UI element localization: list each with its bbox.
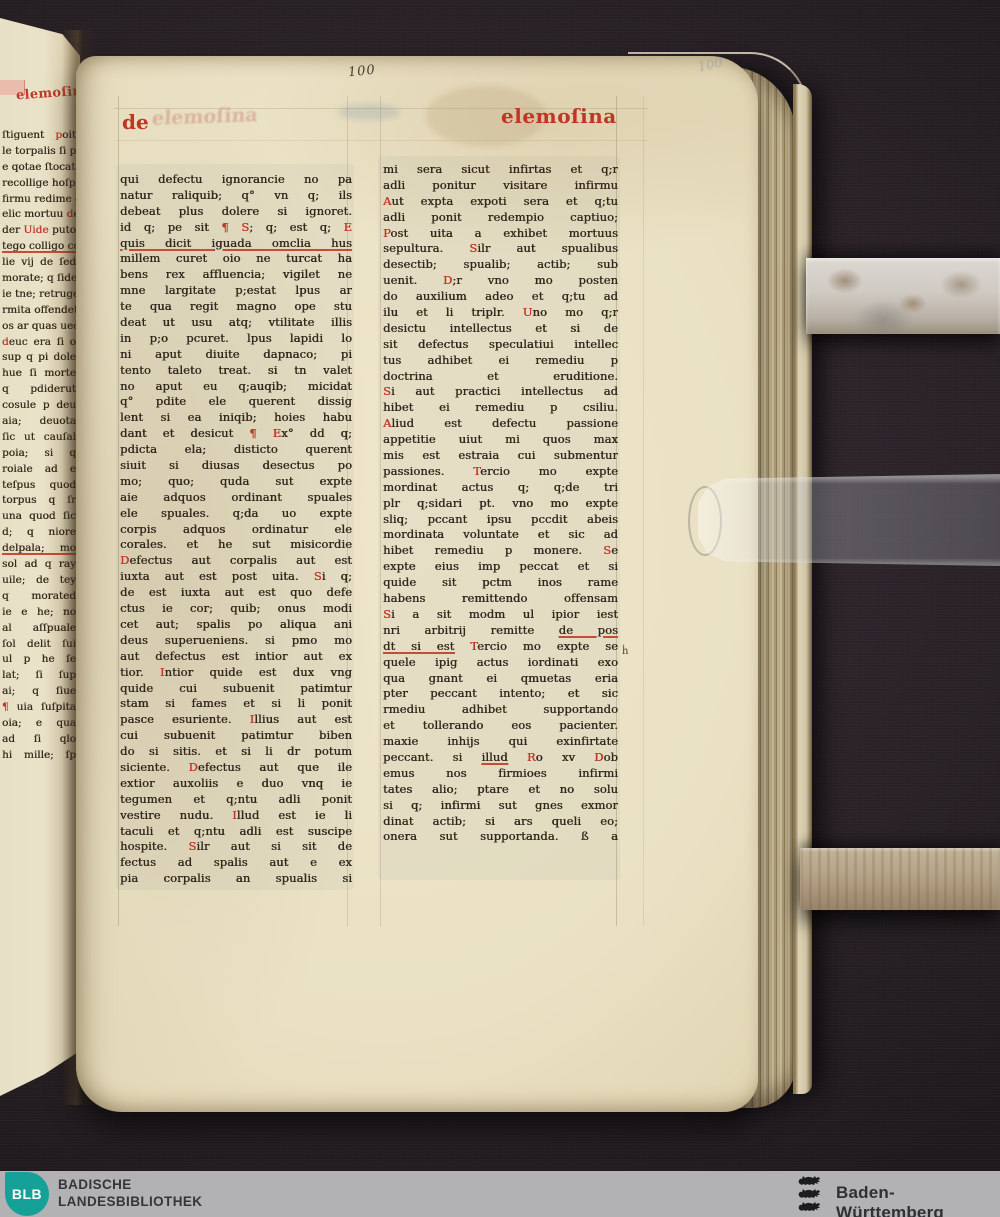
text-line: mordinata voluntate et sic ad (383, 527, 618, 543)
ink-text: aie adquos ordinant spuales (120, 490, 352, 504)
ink-text: adli ponitur visitare infirmu (383, 178, 618, 192)
text-line: quide cui subuenit patimtur (120, 681, 352, 697)
ink-text: sepultura. (383, 241, 469, 255)
ink-text: no mo q;r (532, 305, 618, 319)
ink-text: si q; infirmi sut gnes exmor (383, 798, 618, 812)
clasp-strap-bottom (800, 848, 1000, 910)
ink-text: iuxta aut est post uita. (120, 569, 314, 583)
text-line: onera sut supportanda. ß a (383, 829, 618, 845)
red-underlined-text: quis dicit iguada omclia hus (120, 236, 352, 250)
baden-wuerttemberg-coat-of-arms-icon (796, 1174, 828, 1214)
rubric-text: E (343, 220, 352, 234)
ink-text: tior. (120, 665, 160, 679)
ruling-line (114, 140, 648, 141)
ink-text: elic mortuu (2, 208, 67, 220)
text-line: pasce esuriente. Illius aut est (120, 712, 352, 728)
rubric-text: ¶ (221, 220, 228, 234)
ink-text: siciente. (120, 760, 188, 774)
text-line: si q; infirmi sut gnes exmor (383, 798, 618, 814)
ink-text: tegumen et q;ntu adli ponit (120, 792, 352, 806)
ink-text: ut expta expoti sera et q;tu (391, 194, 618, 208)
rubric-text: S (469, 241, 477, 255)
ink-text: deus superueniens. si pmo mo (120, 633, 352, 647)
text-line: do si sitis. et si li dr potum (120, 744, 352, 760)
text-line: sit defectus speculatiui intellec (383, 337, 618, 353)
ink-text: de est iuxta aut est quo defe (120, 585, 352, 599)
ink-text: ctus ie cor; quib; onus modi (120, 601, 352, 615)
ink-text: pasce esuriente. (120, 712, 250, 726)
margin-note: ḣ (622, 646, 628, 657)
library-name-line2: LANDESBIBLIOTHEK (58, 1194, 202, 1211)
library-name: BADISCHE LANDESBIBLIOTHEK (58, 1177, 202, 1210)
ink-text (257, 426, 273, 440)
text-line: ilu et li triplr. Uno mo q;r (383, 305, 618, 321)
text-line: expte eius imp peccat et si (383, 559, 618, 575)
ink-text: quide cui subuenit patimtur (120, 681, 352, 695)
text-line: et tollerando eos pacienter. (383, 718, 618, 734)
ink-text: ni aput diuite dapnaco; pi (120, 347, 352, 361)
rubric-text: D (594, 750, 603, 764)
text-line: id q; pe sit ¶ S; q; est q; E (120, 220, 352, 236)
text-line: hibet ei remediu p csiliu. (383, 400, 618, 416)
ink-text: passiones. (383, 464, 473, 478)
text-line: vestire nudu. Illud est ie li (120, 808, 352, 824)
ink-text: ob (604, 750, 619, 764)
ink-text: ſtiguent (2, 129, 55, 141)
ink-text: mordinata voluntate et sic ad (383, 527, 618, 541)
red-underlined-text: dt si est (383, 639, 454, 653)
folio-number-ink: 100 (347, 63, 376, 81)
text-line: corpis adquos ordinatur ele (120, 522, 352, 538)
ink-text: ;r vno mo posten (452, 273, 618, 287)
text-line: quis dicit iguada omclia hus (120, 236, 352, 252)
ink-text: aut defectus est intior aut ex (120, 649, 352, 663)
ink-text: ercio mo expte (480, 464, 618, 478)
running-header-de: de (122, 110, 149, 134)
text-line: mne largitate p;estat lpus ar (120, 283, 352, 299)
blb-logo-text: BLB (12, 1186, 42, 1202)
text-line: do auxilium adeo et q;tu ad (383, 289, 618, 305)
ink-text: rmediu adhibet supportando (383, 702, 618, 716)
text-line: dt si est Tercio mo expte se (383, 639, 618, 655)
text-line: appetitie uiut mi quos max (383, 432, 618, 448)
rubric-text: R (527, 750, 536, 764)
text-line: in p;o pcuret. lpus lapidi lo (120, 331, 352, 347)
ink-text: efectus aut corpalis aut est (129, 553, 352, 567)
ink-text: uenit. (383, 273, 443, 287)
ink-text: maxie inhijs qui exinfirtate (383, 734, 618, 748)
text-line: siuit si diusas desectus po (120, 458, 352, 474)
left-column: qui defectu ignorancie no panatur raliqu… (120, 172, 352, 887)
text-line: uenit. D;r vno mo posten (383, 273, 618, 289)
rubric-text: D (120, 553, 129, 567)
text-line: pdicta ela; disticto querent (120, 442, 352, 458)
text-line: no aput eu q;auqib; micidat (120, 379, 352, 395)
text-line: q° pdite ele querent dissig (120, 394, 352, 410)
rubric-text: ¶ (249, 426, 256, 440)
text-line: rmediu adhibet supportando (383, 702, 618, 718)
text-line: dinat actib; si ars queli eo; (383, 814, 618, 830)
text-line: aut defectus est intior aut ex (120, 649, 352, 665)
ink-text: ilr aut si sit de (196, 839, 352, 853)
ink-text: habens remittendo offensam (383, 591, 618, 605)
ink-text: deat ut usu atq; vtilitate illis (120, 315, 352, 329)
ink-text: ilr aut spualibus (477, 241, 618, 255)
rubric-text: S (383, 607, 391, 621)
rubric-text: d (2, 336, 9, 348)
text-line: deat ut usu atq; vtilitate illis (120, 315, 352, 331)
ink-text: cet aut; spalis po aliqua ani (120, 617, 352, 631)
text-line: bens rex affluencia; vigilet ne (120, 267, 352, 283)
red-underlined-text: illud (481, 750, 507, 764)
text-line (383, 861, 618, 877)
ink-text: desictu intellectus et si de (383, 321, 618, 335)
text-line: desectib; spualib; actib; sub (383, 257, 618, 273)
text-line: tento taleto treat. si tn valet (120, 363, 352, 379)
ink-text: tento taleto treat. si tn valet (120, 363, 352, 377)
ink-text: ntior quide est dux vng (165, 665, 352, 679)
text-line: passiones. Tercio mo expte (383, 464, 618, 480)
ink-text: sliq; pccant ipsu pccdit abeis (383, 512, 618, 526)
text-line: sliq; pccant ipsu pccdit abeis (383, 512, 618, 528)
ink-text: siuit si diusas desectus po (120, 458, 352, 472)
ink-text: dant et desicut (120, 426, 249, 440)
text-line: deus superueniens. si pmo mo (120, 633, 352, 649)
ink-text: id q; pe sit (120, 220, 221, 234)
text-line: Post uita a exhibet mortuus (383, 226, 618, 242)
text-line: millem curet oio ne turcat ha (120, 251, 352, 267)
ink-text: efectus aut que ile (198, 760, 352, 774)
text-line: desictu intellectus et si de (383, 321, 618, 337)
ink-text: ercio mo expte se (477, 639, 618, 653)
text-line: debeat plus dolere si ignoret. (120, 204, 352, 220)
text-line: Defectus aut corpalis aut est (120, 553, 352, 569)
text-line: stam si fames et si li ponit (120, 696, 352, 712)
text-line: quide sit pctm inos rame (383, 575, 618, 591)
ink-text: onera sut supportanda. ß a (383, 829, 618, 843)
rubric-text: D (188, 760, 197, 774)
ink-text: adli ponit redempio captiuo; (383, 210, 618, 224)
text-line: de est iuxta aut est quo defe (120, 585, 352, 601)
ink-text: quele ipig actus iordinati exo (383, 655, 618, 669)
ink-text: fectus ad spalis aut e ex (120, 855, 352, 869)
red-underlined-text: de pos (559, 623, 618, 637)
text-line: Aut expta expoti sera et q;tu (383, 194, 618, 210)
text-line: qua gnant ei qmuetas eria (383, 671, 618, 687)
text-line: plr q;sidari pt. vno mo expte (383, 496, 618, 512)
ink-text: i a sit modm ul ipior iest (391, 607, 618, 621)
text-line: aie adquos ordinant spuales (120, 490, 352, 506)
ink-text: llius aut est (254, 712, 352, 726)
ink-text: corpis adquos ordinatur ele (120, 522, 352, 536)
text-line: hospite. Silr aut si sit de (120, 839, 352, 855)
rubric-text: D (443, 273, 452, 287)
ruling-line (643, 96, 644, 926)
ink-text: hibet ei remediu p csiliu. (383, 400, 618, 414)
text-line: hibet remediu p monere. Se (383, 543, 618, 559)
text-line: adli ponitur visitare infirmu (383, 178, 618, 194)
rubric-text: S (241, 220, 249, 234)
ink-text: mi sera sicut infirtas et q;r (383, 162, 618, 176)
text-line: iuxta aut est post uita. Si q; (120, 569, 352, 585)
text-line: tior. Intior quide est dux vng (120, 665, 352, 681)
text-line: tus adhibet ei remediu p (383, 353, 618, 369)
ink-text: nri arbitrij remitte (383, 623, 559, 637)
text-line: doctrina et eruditione. (383, 369, 618, 385)
ink-text: desectib; spualib; actib; sub (383, 257, 618, 271)
text-line: tates alio; ptare et no solu (383, 782, 618, 798)
ink-text: in p;o pcuret. lpus lapidi lo (120, 331, 352, 345)
text-line: pter peccant intento; et sic (383, 686, 618, 702)
ink-text: mis est estraia cui submentur (383, 448, 618, 462)
text-line: Si aut practici intellectus ad (383, 384, 618, 400)
text-line: cui subuenit patimtur biben (120, 728, 352, 744)
state-name: Baden-Württemberg (836, 1183, 1000, 1217)
ink-text: i aut practici intellectus ad (391, 384, 618, 398)
ink-text: ost uita a exhibet mortuus (390, 226, 618, 240)
clasp-strap-top (806, 258, 1000, 334)
text-line: nri arbitrij remitte de pos (383, 623, 618, 639)
text-line: ele spuales. q;da uo expte (120, 506, 352, 522)
ink-text (508, 750, 527, 764)
ink-text: quide sit pctm inos rame (383, 575, 618, 589)
ink-text: bens rex affluencia; vigilet ne (120, 267, 352, 281)
ink-text: extior auxoliis e duo vnq ie (120, 776, 352, 790)
text-line: te qua regit magno ope stu (120, 299, 352, 315)
rubric-text: S (314, 569, 322, 583)
ink-text: llud est ie li (237, 808, 352, 822)
text-line: sepultura. Silr aut spualibus (383, 241, 618, 257)
text-line: corales. et he sut misicordie (120, 537, 352, 553)
ink-text: et tollerando eos pacienter. (383, 718, 618, 732)
ink-text: e (611, 543, 618, 557)
ink-text: ; q; est q; (249, 220, 343, 234)
ink-text: stam si fames et si li ponit (120, 696, 352, 710)
ink-text: peccant. si (383, 750, 481, 764)
ink-text: liud est defectu passione (391, 416, 618, 430)
ink-text: hospite. (120, 839, 188, 853)
text-line: lent si ea iniqib; hoies habu (120, 410, 352, 426)
text-line: adli ponit redempio captiuo; (383, 210, 618, 226)
ink-text: doctrina et eruditione. (383, 369, 618, 383)
ink-text: sit defectus speculatiui intellec (383, 337, 618, 351)
ink-text: o xv (536, 750, 595, 764)
rubric-text: T (473, 464, 480, 478)
blue-smudge (338, 104, 400, 120)
rubric-text: ¶ (2, 701, 9, 713)
ink-text: tates alio; ptare et no solu (383, 782, 618, 796)
text-line: siciente. Defectus aut que ile (120, 760, 352, 776)
text-line: Aliud est defectu passione (383, 416, 618, 432)
ink-text: q° pdite ele querent dissig (120, 394, 352, 408)
ink-text: ele spuales. q;da uo expte (120, 506, 352, 520)
library-footer-bar: BLB BADISCHE LANDESBIBLIOTHEK Baden-Würt… (0, 1171, 1000, 1217)
ink-text: qua gnant ei qmuetas eria (383, 671, 618, 685)
ink-text: do si sitis. et si li dr potum (120, 744, 352, 758)
library-name-line1: BADISCHE (58, 1177, 202, 1194)
ink-text (229, 220, 241, 234)
running-header-elemosina: elemoſina (501, 104, 617, 128)
ink-text: millem curet oio ne turcat ha (120, 251, 352, 265)
ink-text: cui subuenit patimtur biben (120, 728, 352, 742)
text-line: extior auxoliis e duo vnq ie (120, 776, 352, 792)
ink-text: mo; quo; quda sut expte (120, 474, 352, 488)
ink-text: debeat plus dolere si ignoret. (120, 204, 352, 218)
text-line: ni aput diuite dapnaco; pi (120, 347, 352, 363)
ink-text: lent si ea iniqib; hoies habu (120, 410, 352, 424)
running-header-ghost: elemoſina (151, 104, 258, 130)
ink-text: pdicta ela; disticto querent (120, 442, 352, 456)
ink-text: ilu et li triplr. (383, 305, 523, 319)
ink-text: x° dd q; (281, 426, 352, 440)
three-lions-icon (796, 1174, 828, 1214)
text-line: Si a sit modm ul ipior iest (383, 607, 618, 623)
ink-text: emus nos firmioes infirmi (383, 766, 618, 780)
text-line: mordinat actus q; q;de tri (383, 480, 618, 496)
ink-text: te qua regit magno ope stu (120, 299, 352, 313)
text-line: quele ipig actus iordinati exo (383, 655, 618, 671)
text-line: ctus ie cor; quib; onus modi (120, 601, 352, 617)
rubric-text: Uide (23, 224, 48, 236)
ink-text: pia corpalis an spualis si (120, 871, 352, 885)
ink-text: vestire nudu. (120, 808, 232, 822)
text-line: habens remittendo offensam (383, 591, 618, 607)
text-line: peccant. si illud Ro xv Dob (383, 750, 618, 766)
text-line (383, 845, 618, 861)
ink-text: do auxilium adeo et q;tu ad (383, 289, 618, 303)
blb-logo-icon: BLB (5, 1172, 49, 1216)
text-line: qui defectu ignorancie no pa (120, 172, 352, 188)
text-line: mi sera sicut infirtas et q;r (383, 162, 618, 178)
ink-text: expte eius imp peccat et si (383, 559, 618, 573)
text-line: dant et desicut ¶ Ex° dd q; (120, 426, 352, 442)
ink-text: pter peccant intento; et sic (383, 686, 618, 700)
text-line: taculi et q;ntu adli est suscipe (120, 824, 352, 840)
manuscript-page: 100 100 de elemoſina elemoſina ḣ qui def… (76, 56, 758, 1112)
text-line: tegumen et q;ntu adli ponit (120, 792, 352, 808)
ink-text: natur raliquib; q° vn q; ils (120, 188, 352, 202)
text-line: emus nos firmioes infirmi (383, 766, 618, 782)
text-line: cet aut; spalis po aliqua ani (120, 617, 352, 633)
rubric-text: E (273, 426, 282, 440)
text-line: maxie inhijs qui exinfirtate (383, 734, 618, 750)
ink-text: plr q;sidari pt. vno mo expte (383, 496, 618, 510)
ink-text: mne largitate p;estat lpus ar (120, 283, 352, 297)
rubric-text: S (383, 384, 391, 398)
ink-text: i q; (322, 569, 352, 583)
folio-number-pencil: 100 (697, 56, 724, 76)
book-board-edge (793, 84, 812, 1094)
rubric-text: U (523, 305, 533, 319)
text-line: pia corpalis an spualis si (120, 871, 352, 887)
ink-text: appetitie uiut mi quos max (383, 432, 618, 446)
ink-text (454, 639, 470, 653)
text-line: natur raliquib; q° vn q; ils (120, 188, 352, 204)
ink-text: qui defectu ignorancie no pa (120, 172, 352, 186)
ink-text: der (2, 224, 23, 236)
right-column: mi sera sicut infirtas et q;radli ponitu… (383, 162, 618, 877)
ink-text: no aput eu q;auqib; micidat (120, 379, 352, 393)
text-line: mo; quo; quda sut expte (120, 474, 352, 490)
text-line: fectus ad spalis aut e ex (120, 855, 352, 871)
ink-text: hibet remediu p monere. (383, 543, 603, 557)
ink-text: mordinat actus q; q;de tri (383, 480, 618, 494)
ink-text: corales. et he sut misicordie (120, 537, 352, 551)
text-line: mis est estraia cui submentur (383, 448, 618, 464)
page-holder-strip (698, 474, 1000, 566)
ink-text: taculi et q;ntu adli est suscipe (120, 824, 352, 838)
rubric-text: S (603, 543, 611, 557)
ink-text: dinat actib; si ars queli eo; (383, 814, 618, 828)
ink-text: tus adhibet ei remediu p (383, 353, 618, 367)
